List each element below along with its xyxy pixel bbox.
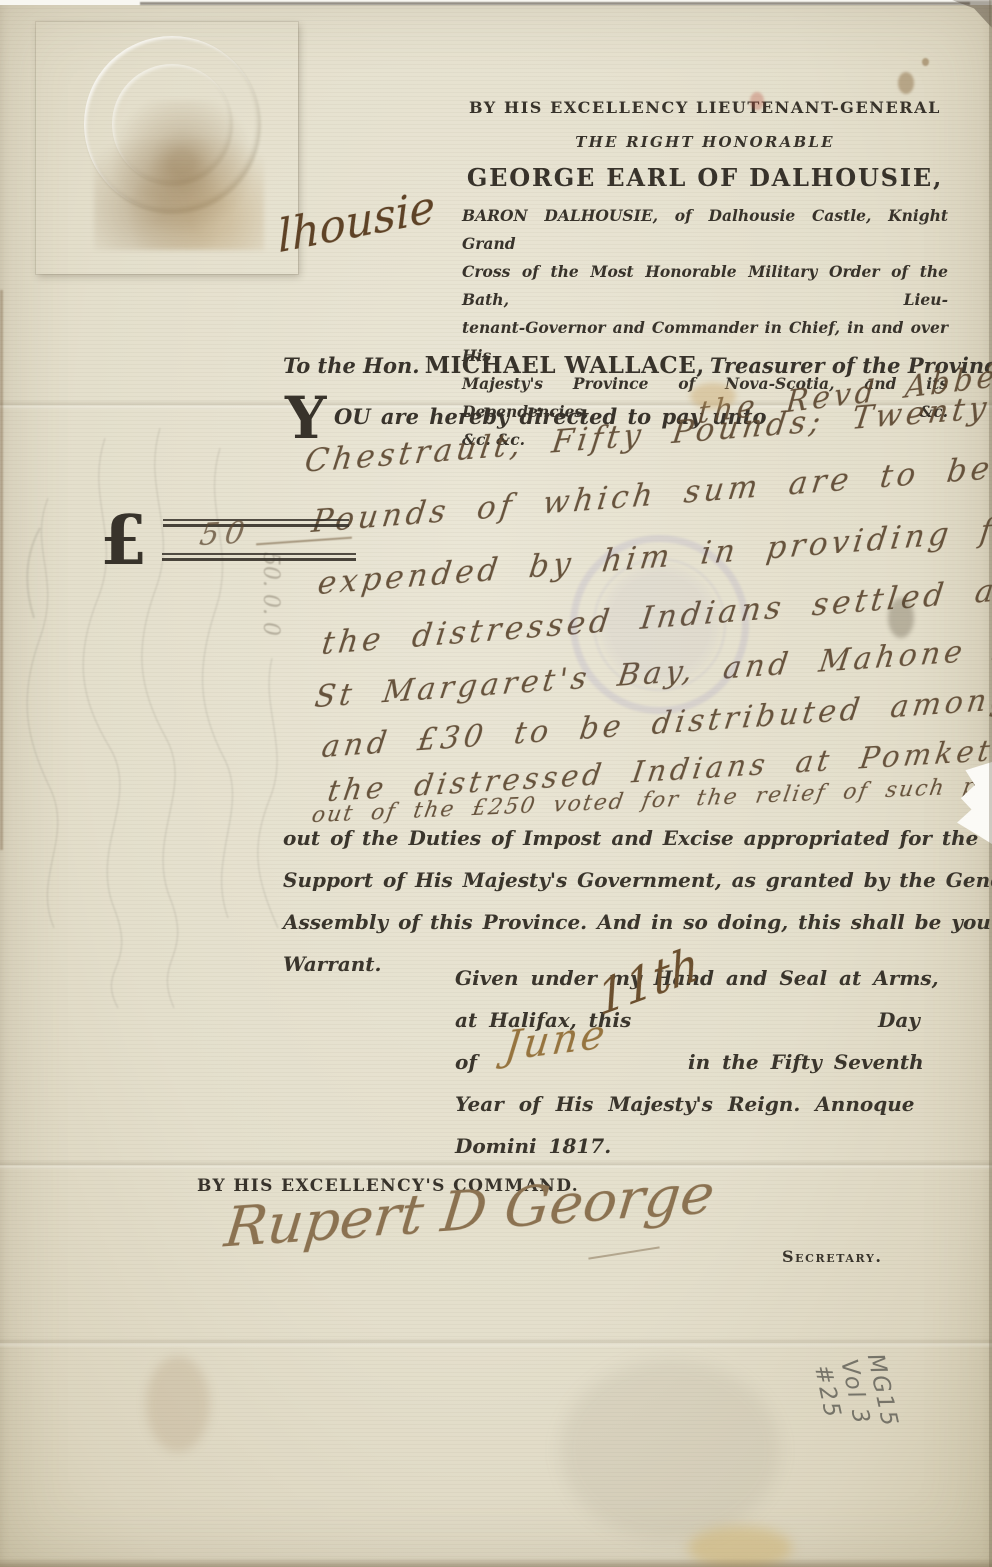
- attestation-line5: Domini 1817.: [455, 1134, 611, 1158]
- addressee-line: To the Hon. MICHAEL WALLACE, Treasurer o…: [283, 352, 943, 379]
- letterhead-titles-line: Cross of the Most Honorable Military Ord…: [462, 258, 948, 314]
- amount-rule-bottom: [162, 553, 356, 561]
- secretary-label: Secretary.: [782, 1247, 883, 1266]
- attestation-line3-pre: of: [455, 1050, 477, 1074]
- document-scan: 50. 0. 0 lhousie BY HIS EXCELLENCY LIEUT…: [0, 0, 992, 1567]
- addressee-name: MICHAEL WALLACE,: [425, 352, 705, 379]
- amount-rule-top: [163, 519, 349, 527]
- seal-stain: [94, 100, 264, 250]
- letterhead-titles-line: BARON DALHOUSIE, of Dalhousie Castle, Kn…: [462, 202, 948, 258]
- closing-line: Warrant.: [283, 952, 381, 976]
- letterhead-line2: THE RIGHT HONORABLE: [462, 133, 948, 151]
- paper-edge-bottom: [0, 1558, 992, 1567]
- attestation-line2-post: Day: [878, 1008, 920, 1032]
- addressee-pre: To the Hon.: [283, 353, 420, 378]
- letterhead-line1: BY HIS EXCELLENCY LIEUTENANT-GENERAL: [462, 98, 948, 117]
- fold-crease: [0, 1338, 992, 1348]
- pound-sign: £: [100, 506, 147, 576]
- attestation-line3-post: in the Fifty Seventh: [688, 1050, 924, 1074]
- bleedthrough-verso-amount: 50. 0. 0: [258, 552, 283, 636]
- closing-line: Support of His Majesty's Government, as …: [283, 868, 992, 892]
- attestation-line4: Year of His Majesty's Reign. Annoque: [455, 1092, 914, 1116]
- letterhead-name: GEORGE EARL OF DALHOUSIE,: [462, 163, 948, 192]
- bleedthrough-ink: [10, 408, 320, 1028]
- stamp-inner-ring: [593, 558, 726, 691]
- dropcap-Y: Y: [285, 394, 326, 442]
- faint-round-archive-stamp: [570, 535, 749, 714]
- paper-edge-left: [0, 290, 3, 850]
- paper-edge-top: [140, 2, 970, 5]
- closing-line: Assembly of this Province. And in so doi…: [283, 910, 992, 934]
- closing-line: out of the Duties of Impost and Excise a…: [283, 826, 978, 850]
- embossed-wafer-seal: [36, 22, 298, 274]
- fold-crease: [0, 1160, 992, 1170]
- amount-handwritten: 50: [197, 515, 253, 553]
